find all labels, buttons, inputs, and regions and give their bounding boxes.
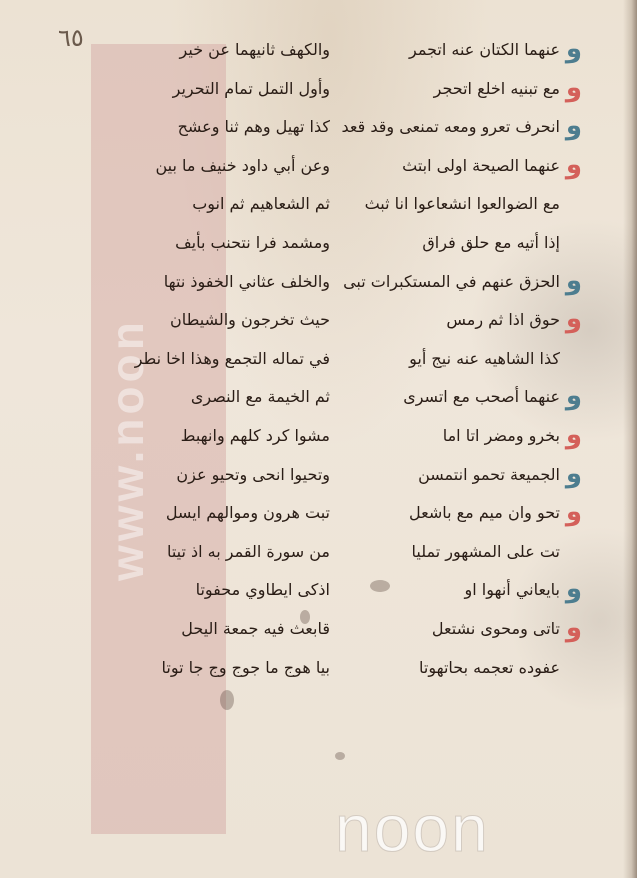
- left-hemistich: مشوا كرد كلهم وانهبط: [120, 422, 330, 450]
- right-hemistich: تت على المشهور تمليا: [350, 538, 560, 566]
- verse-line: حوق اذا ثم رمسوحيث تخرجون والشيطان: [100, 306, 570, 345]
- verse-line: الجميعة تحمو انتمسنووتحيوا انحى وتحيو عز…: [100, 461, 570, 500]
- waw-marker-blue: و: [566, 266, 582, 296]
- verse-line: كذا الشاهيه عنه نيج أيوفي تماله التجمع و…: [100, 345, 570, 384]
- right-hemistich: تاتى ومحوى نشتعل: [350, 615, 560, 643]
- verse-line: تاتى ومحوى نشتعلوقابعث فيه جمعة اليحل: [100, 615, 570, 654]
- waw-marker-blue: و: [566, 111, 582, 141]
- waw-marker-blue: و: [566, 574, 582, 604]
- waw-marker-blue: و: [566, 381, 582, 411]
- left-hemistich: وعن أبي داود خنيف ما بين: [120, 152, 330, 180]
- waw-marker-red: و: [566, 420, 582, 450]
- ink-stain: [220, 690, 234, 710]
- left-hemistich: من سورة القمر به اذ تيتا: [120, 538, 330, 566]
- left-hemistich: تبت هرون وموالهم ايسل: [120, 499, 330, 527]
- verse-line: عنهما أصحب مع اتسرىوثم الخيمة مع النصرى: [100, 383, 570, 422]
- waw-marker-red: و: [566, 304, 582, 334]
- page-number: ٦٥: [58, 24, 84, 52]
- verse-list: عنهما الكتان عنه اتجمرووالكهف ثانيهما عن…: [100, 36, 570, 692]
- left-hemistich: اذكى ايطاوي محفوتا: [120, 576, 330, 604]
- left-hemistich: حيث تخرجون والشيطان: [120, 306, 330, 334]
- left-hemistich: ثم الخيمة مع النصرى: [120, 383, 330, 411]
- verse-line: بخرو ومضر اتا اماومشوا كرد كلهم وانهبط: [100, 422, 570, 461]
- waw-marker-red: و: [566, 150, 582, 180]
- left-hemistich: قابعث فيه جمعة اليحل: [120, 615, 330, 643]
- left-hemistich: وأول التمل تمام التحرير: [120, 75, 330, 103]
- verse-line: بايعاني أنهوا اوواذكى ايطاوي محفوتا: [100, 576, 570, 615]
- left-hemistich: ثم الشعاهيم ثم انوب: [120, 190, 330, 218]
- right-hemistich: مع الضوالعوا انشعاعوا انا ثبث: [350, 190, 560, 218]
- verse-line: انحرف تعرو ومعه تمنعى وقد قعدوكذا تهيل و…: [100, 113, 570, 152]
- right-hemistich: مع تبنيه اخلع اتحجر: [350, 75, 560, 103]
- right-hemistich: بخرو ومضر اتا اما: [350, 422, 560, 450]
- right-hemistich: حوق اذا ثم رمس: [350, 306, 560, 334]
- right-hemistich: الجميعة تحمو انتمسن: [350, 461, 560, 489]
- left-hemistich: كذا تهيل وهم ثنا وعشح: [120, 113, 330, 141]
- watermark-noon: noon: [335, 790, 490, 866]
- waw-marker-blue: و: [566, 34, 582, 64]
- left-hemistich: وتحيوا انحى وتحيو عزن: [120, 461, 330, 489]
- left-hemistich: في تماله التجمع وهذا اخا نطر: [120, 345, 330, 373]
- verse-line: تحو وان ميم مع باشعلوتبت هرون وموالهم اي…: [100, 499, 570, 538]
- right-hemistich: إذا أتيه مع حلق فراق: [350, 229, 560, 257]
- right-hemistich: كذا الشاهيه عنه نيج أيو: [350, 345, 560, 373]
- verse-line: عنهما الكتان عنه اتجمرووالكهف ثانيهما عن…: [100, 36, 570, 75]
- waw-marker-red: و: [566, 73, 582, 103]
- verse-line: عفوده تعجمه بحاتهوتابيا هوج ما جوج وج جا…: [100, 654, 570, 693]
- right-hemistich: عفوده تعجمه بحاتهوتا: [350, 654, 560, 682]
- page-edge-shadow: [623, 0, 637, 878]
- right-hemistich: الحزق عنهم في المستكبرات تبى: [350, 268, 560, 296]
- right-hemistich: تحو وان ميم مع باشعل: [350, 499, 560, 527]
- left-hemistich: والكهف ثانيهما عن خير: [120, 36, 330, 64]
- verse-line: تت على المشهور تمليامن سورة القمر به اذ …: [100, 538, 570, 577]
- waw-marker-blue: و: [566, 459, 582, 489]
- waw-marker-red: و: [566, 497, 582, 527]
- waw-marker-red: و: [566, 613, 582, 643]
- verse-line: إذا أتيه مع حلق فراقومشمد فرا نتحنب بأيف: [100, 229, 570, 268]
- right-hemistich: انحرف تعرو ومعه تمنعى وقد قعد: [350, 113, 560, 141]
- manuscript-page: www.noon ٦٥ عنهما الكتان عنه اتجمرووالكه…: [0, 0, 637, 878]
- right-hemistich: عنهما الصيحة اولى ابتث: [350, 152, 560, 180]
- left-hemistich: والخلف عثاني الخفوذ نتها: [120, 268, 330, 296]
- verse-line: الحزق عنهم في المستكبرات تبىووالخلف عثان…: [100, 268, 570, 307]
- right-hemistich: عنهما الكتان عنه اتجمر: [350, 36, 560, 64]
- left-hemistich: ومشمد فرا نتحنب بأيف: [120, 229, 330, 257]
- verse-line: عنهما الصيحة اولى ابتثووعن أبي داود خنيف…: [100, 152, 570, 191]
- right-hemistich: عنهما أصحب مع اتسرى: [350, 383, 560, 411]
- left-hemistich: بيا هوج ما جوج وج جا توتا: [120, 654, 330, 682]
- ink-stain: [335, 752, 345, 760]
- right-hemistich: بايعاني أنهوا او: [350, 576, 560, 604]
- verse-line: مع الضوالعوا انشعاعوا انا ثبثثم الشعاهيم…: [100, 190, 570, 229]
- verse-line: مع تبنيه اخلع اتحجرووأول التمل تمام التح…: [100, 75, 570, 114]
